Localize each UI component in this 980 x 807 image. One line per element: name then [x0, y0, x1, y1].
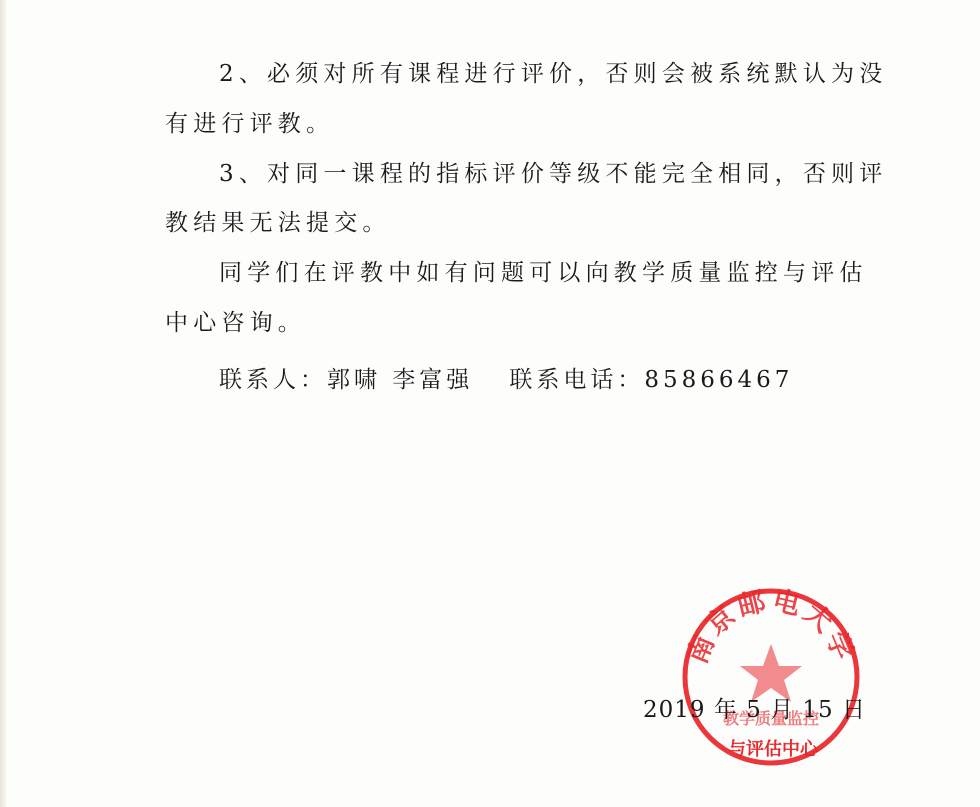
seal-bottom-text: 与评估中心	[717, 735, 829, 761]
document-date: 2019 年 5 月 15 日	[643, 695, 866, 725]
contact-persons: 联系人：郭啸 李富强	[219, 367, 473, 393]
paragraph-3-line-1: 3、对同一课程的指标评价等级不能完全相同，否则评	[219, 159, 887, 189]
paragraph-help-line-1: 同学们在评教中如有问题可以向教学质量监控与评估	[219, 258, 868, 288]
contact-line: 联系人：郭啸 李富强联系电话：85866467	[219, 365, 793, 395]
paragraph-2-line-2: 有进行评教。	[165, 109, 334, 139]
paragraph-help-line-2: 中心咨询。	[165, 308, 306, 338]
paragraph-3-line-2: 教结果无法提交。	[165, 208, 391, 238]
document-page: 2、必须对所有课程进行评价，否则会被系统默认为没 有进行评教。 3、对同一课程的…	[0, 0, 980, 807]
paragraph-2-line-1: 2、必须对所有课程进行评价，否则会被系统默认为没	[219, 59, 887, 89]
contact-phone: 联系电话：85866467	[509, 367, 793, 393]
